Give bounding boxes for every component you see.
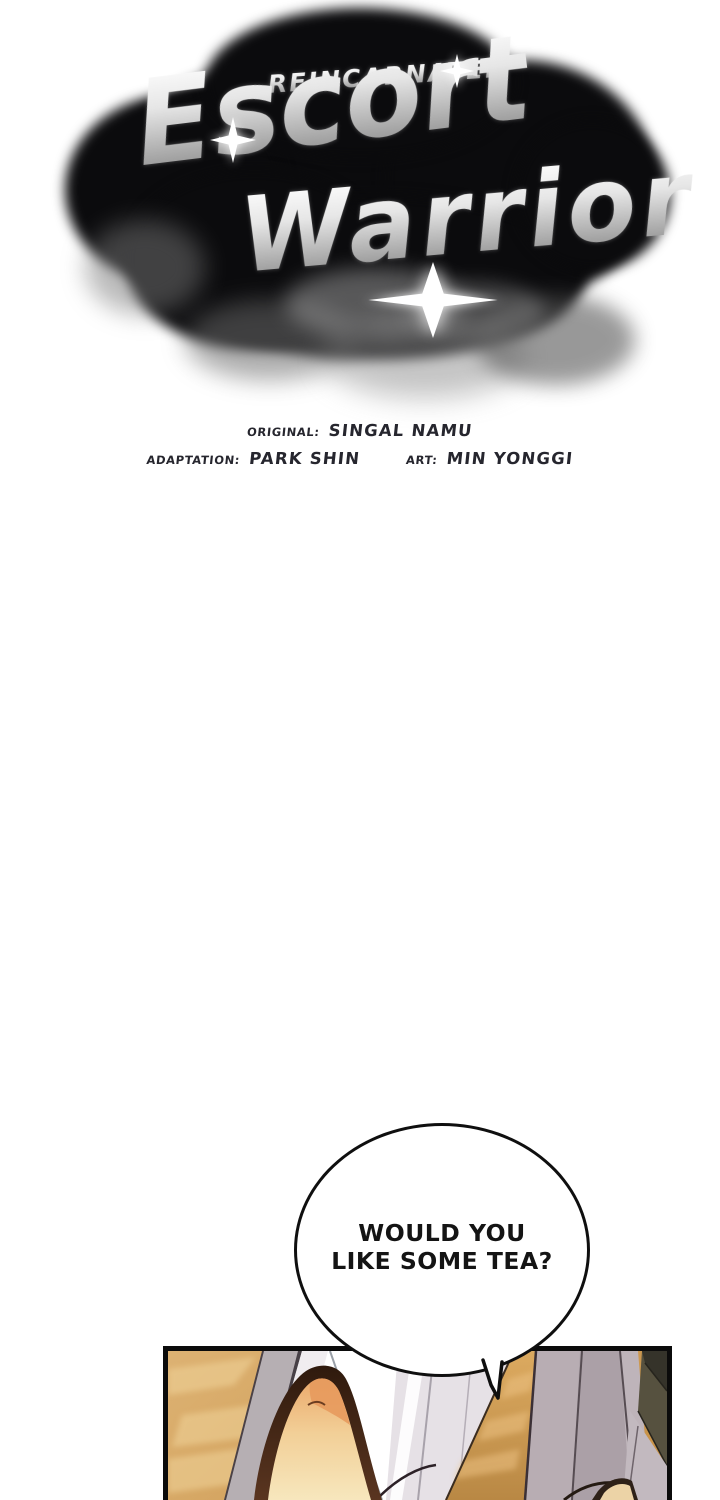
smoke-wisp (85, 220, 205, 315)
credit-name: SINGAL NAMU (328, 421, 474, 440)
speech-line: LIKE SOME TEA? (294, 1247, 590, 1275)
credit-label: ADAPTATION: (146, 453, 241, 467)
speech-bubble-tail (475, 1345, 515, 1405)
sparkle-icon (368, 262, 497, 338)
sparkle-icon (440, 54, 474, 88)
credit-original: ORIGINAL: SINGAL NAMU (246, 421, 473, 440)
credits-line-2: ADAPTATION: PARK SHIN ART: MIN YONGGI (0, 449, 720, 468)
credit-name: PARK SHIN (248, 449, 361, 468)
speech-bubble-text: WOULD YOU LIKE SOME TEA? (294, 1219, 590, 1275)
credit-art: ART: MIN YONGGI (405, 449, 574, 468)
credits-line-1: ORIGINAL: SINGAL NAMU (0, 421, 720, 440)
series-title-logo: REINCARNATED Escort Warrior (55, 0, 675, 410)
credit-label: ORIGINAL: (246, 425, 320, 439)
sparkle-icon (210, 117, 256, 163)
credit-label: ART: (405, 453, 438, 467)
credit-name: MIN YONGGI (446, 449, 575, 468)
speech-line: WOULD YOU (294, 1219, 590, 1247)
credit-adaptation: ADAPTATION: PARK SHIN (146, 449, 361, 468)
webtoon-page: { "page": { "background_color": "#ffffff… (0, 0, 720, 1500)
